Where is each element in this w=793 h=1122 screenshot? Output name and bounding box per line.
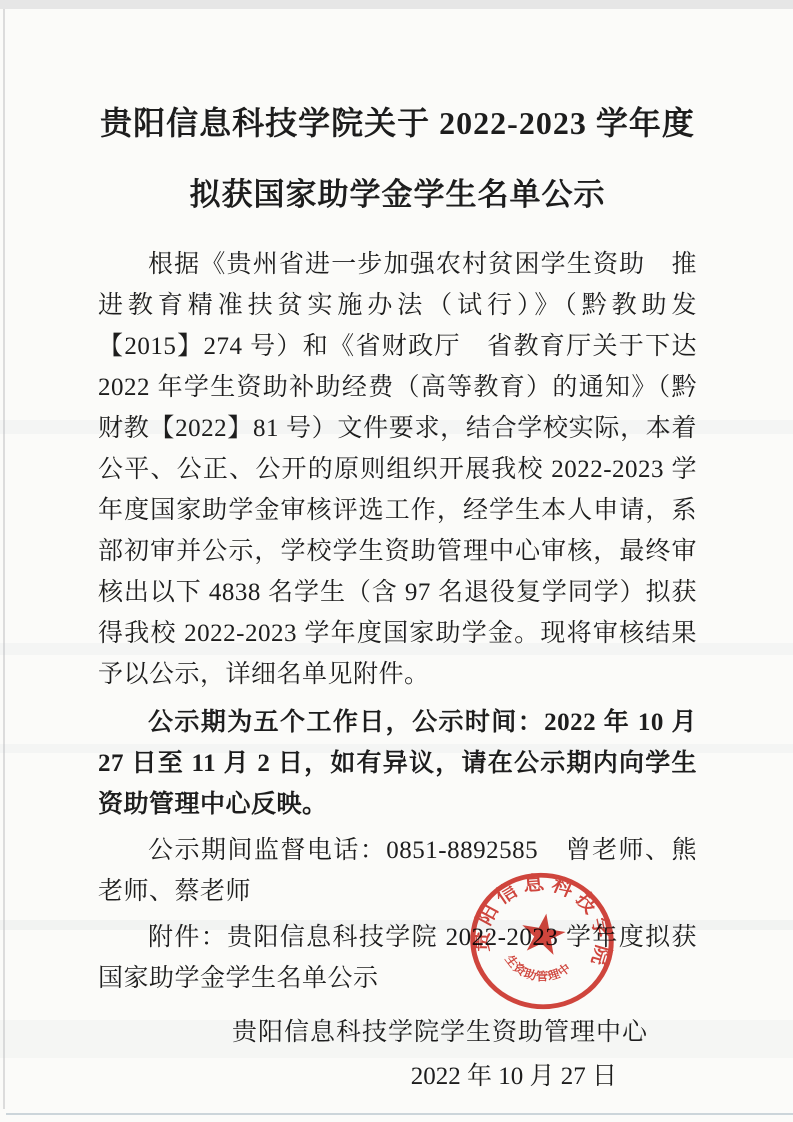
paragraph-publicity-period: 公示期为五个工作日，公示时间：2022 年 10 月 27 日至 11 月 2 … [98,702,697,825]
official-seal: 贵阳信息科技学院 学生资助管理中心 [455,857,630,1025]
paragraph-basis: 根据《贵州省进一步加强农村贫困学生资助 推进教育精准扶贫实施办法（试行）》（黔教… [98,244,697,695]
signature-date: 2022 年 10 月 27 日 [98,1056,697,1097]
document-title-line1: 贵阳信息科技学院关于 2022-2023 学年度 [98,86,697,156]
scanned-document-page: 贵阳信息科技学院关于 2022-2023 学年度 拟获国家助学金学生名单公示 根… [0,0,793,1122]
signature-block: 贵阳信息科技学院学生资助管理中心 2022 年 10 月 27 日 [98,1012,697,1097]
document-title: 贵阳信息科技学院关于 2022-2023 学年度 拟获国家助学金学生名单公示 [98,86,697,226]
scan-edge-bottom [6,1113,793,1115]
document-title-line2: 拟获国家助学金学生名单公示 [98,156,697,226]
scan-edge-left [3,9,5,1109]
star-icon [518,910,568,956]
scan-edge-top [0,0,793,9]
